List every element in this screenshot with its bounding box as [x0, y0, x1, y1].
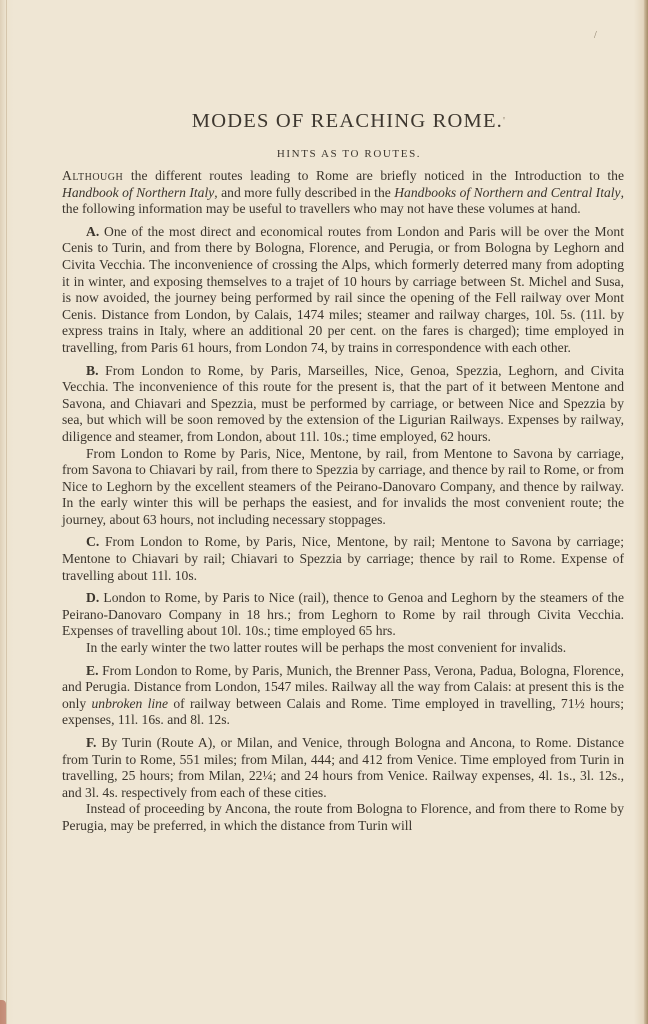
route-b-letter: B.	[86, 363, 98, 378]
intro-italic-2: Handbooks of Northern and Central Italy	[394, 185, 620, 200]
route-e-italic: unbroken line	[91, 696, 168, 711]
route-d-continuation: In the early winter the two latter route…	[62, 640, 624, 657]
route-f-paragraph: F. By Turin (Route A), or Milan, and Ven…	[62, 735, 624, 801]
route-b-paragraph: B. From London to Rome, by Paris, Marsei…	[62, 363, 624, 446]
intro-paragraph: Although the different routes leading to…	[62, 168, 624, 218]
page-stain	[0, 1000, 6, 1024]
route-a-text: One of the most direct and economical ro…	[62, 224, 624, 355]
intro-italic-1: Handbook of Northern Italy	[62, 185, 214, 200]
route-d-text: London to Rome, by Paris to Nice (rail),…	[62, 590, 624, 638]
page-corner-mark: /	[594, 30, 597, 41]
route-a-letter: A.	[86, 224, 99, 239]
title-text: MODES OF REACHING ROME.	[192, 110, 503, 132]
route-d-paragraph: D. London to Rome, by Paris to Nice (rai…	[62, 590, 624, 640]
route-f-letter: F.	[86, 735, 96, 750]
route-c-paragraph: C. From London to Rome, by Paris, Nice, …	[62, 534, 624, 584]
intro-text-2: , and more fully described in the	[214, 185, 394, 200]
route-e-paragraph: E. From London to Rome, by Paris, Munich…	[62, 663, 624, 729]
title-mark: '	[503, 115, 506, 127]
route-e-letter: E.	[86, 663, 98, 678]
route-f-continuation: Instead of proceeding by Ancona, the rou…	[62, 801, 624, 834]
page-gutter-line	[6, 0, 7, 1024]
section-subtitle: HINTS AS TO ROUTES.	[62, 146, 624, 162]
page-title: MODES OF REACHING ROME.'	[62, 108, 624, 134]
route-d-letter: D.	[86, 590, 99, 605]
intro-lead: Although	[62, 168, 123, 183]
route-c-text: From London to Rome, by Paris, Nice, Men…	[62, 534, 624, 582]
intro-text-1: the different routes leading to Rome are…	[123, 168, 624, 183]
route-c-letter: C.	[86, 534, 99, 549]
route-b-text: From London to Rome, by Paris, Marseille…	[62, 363, 624, 444]
book-page: / MODES OF REACHING ROME.' HINTS AS TO R…	[0, 0, 648, 1024]
route-b-continuation: From London to Rome by Paris, Nice, Ment…	[62, 446, 624, 529]
route-f-text: By Turin (Route A), or Milan, and Venice…	[62, 735, 624, 800]
route-a-paragraph: A. One of the most direct and economical…	[62, 224, 624, 357]
page-content: MODES OF REACHING ROME.' HINTS AS TO ROU…	[62, 108, 624, 835]
page-edge-shadow	[644, 0, 648, 1024]
